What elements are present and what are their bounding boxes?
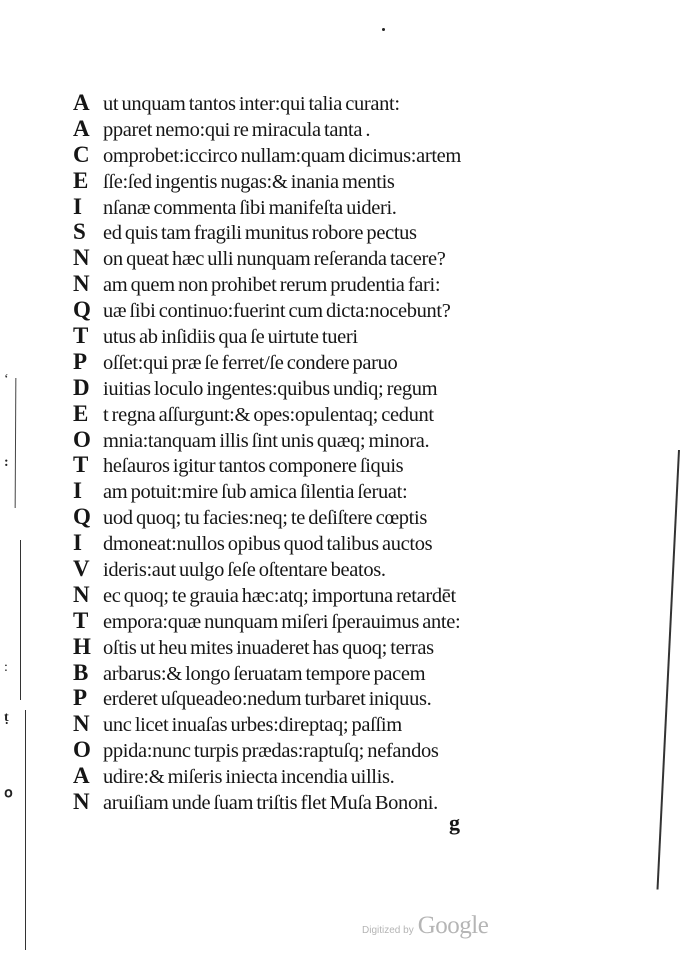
page-edge-shadow-left	[25, 710, 26, 950]
poem-line: Et regna aſſurgunt:& opes:opulentaq; ced…	[73, 401, 461, 427]
line-text: ideris:aut uulgo ſeſe oſtentare beatos.	[103, 559, 386, 582]
line-text: ſſe:ſed ingentis nugas:& inania mentis	[103, 171, 395, 194]
drop-initial: N	[73, 789, 103, 815]
line-text: arbarus:& longo ſeruatam tempore pacem	[103, 663, 425, 686]
drop-initial: I	[73, 530, 103, 556]
poem-line: Omnia:tanquam illis ſint unis quæq; mino…	[73, 427, 461, 453]
drop-initial: N	[73, 271, 103, 297]
poem-line: Barbarus:& longo ſeruatam tempore pacem	[73, 660, 461, 686]
drop-initial: C	[73, 142, 103, 168]
poem-line: Oppida:nunc turpis prædas:raptuſq; nefan…	[73, 737, 461, 763]
bleed-through-mark: ໐	[4, 785, 13, 802]
drop-initial: N	[73, 245, 103, 271]
drop-initial: O	[73, 737, 103, 763]
poem-line: Audire:& miſeris iniecta incendia uillis…	[73, 763, 461, 789]
line-text: udire:& miſeris iniecta incendia uillis.	[103, 766, 394, 789]
poem-line: Idmoneat:nullos opibus quod talibus auct…	[73, 530, 461, 556]
line-text: iuitias loculo ingentes:quibus undiq; re…	[103, 378, 437, 401]
drop-initial: N	[73, 711, 103, 737]
drop-initial: I	[73, 194, 103, 220]
bleed-through-mark: :	[4, 455, 9, 471]
line-text: erderet uſqueadeo:nedum turbaret iniquus…	[103, 688, 431, 711]
drop-initial: S	[73, 219, 103, 245]
page-edge-shadow-right	[657, 450, 680, 890]
line-text: utus ab inſidiis qua ſe uirtute tueri	[103, 326, 358, 349]
watermark-prefix: Digitized by	[362, 925, 414, 936]
drop-initial: B	[73, 660, 103, 686]
line-text: oſtis ut heu mites inuaderet has quoq; t…	[103, 637, 434, 660]
line-text: dmoneat:nullos opibus quod talibus aucto…	[103, 533, 432, 556]
line-text: omprobet:iccirco nullam:quam dicimus:art…	[103, 145, 461, 168]
drop-initial: D	[73, 375, 103, 401]
poem-text-block: Aut unquam tantos inter:qui talia curant…	[73, 90, 461, 815]
poem-line: Non queat hæc ulli nunquam reſeranda tac…	[73, 245, 461, 271]
drop-initial: H	[73, 634, 103, 660]
drop-initial: A	[73, 90, 103, 116]
poem-line: Tutus ab inſidiis qua ſe uirtute tueri	[73, 323, 461, 349]
line-text: on queat hæc ulli nunquam reſeranda tace…	[103, 248, 446, 271]
poem-line: Naruiſiam unde ſuam triſtis flet Muſa Bo…	[73, 789, 461, 815]
line-text: am quem non prohibet rerum prudentia far…	[103, 274, 440, 297]
poem-line: Inſanæ commenta ſibi manifeſta uideri.	[73, 194, 461, 220]
line-text: pparet nemo:qui re miracula tanta .	[103, 119, 370, 142]
page-edge-shadow-left	[15, 378, 17, 508]
poem-line: Theſauros igitur tantos componere ſiquis	[73, 452, 461, 478]
line-text: unc licet inuaſas urbes:direptaq; paſſim	[103, 714, 402, 737]
poem-line: Sed quis tam fragili munitus robore pect…	[73, 219, 461, 245]
poem-line: Perderet uſqueadeo:nedum turbaret iniquu…	[73, 685, 461, 711]
line-text: t regna aſſurgunt:& opes:opulentaq; cedu…	[103, 404, 434, 427]
bleed-through-mark: ṭ	[4, 710, 9, 726]
poem-line: Poſſet:qui præ ſe ferret/ſe condere paru…	[73, 349, 461, 375]
drop-initial: P	[73, 685, 103, 711]
drop-initial: V	[73, 556, 103, 582]
line-text: uod quoq; tu facies:neq; te deſiſtere cœ…	[103, 507, 427, 530]
drop-initial: P	[73, 349, 103, 375]
line-text: mnia:tanquam illis ſint unis quæq; minor…	[103, 430, 429, 453]
drop-initial: T	[73, 452, 103, 478]
line-text: am potuit:mire ſub amica ſilentia ſeruat…	[103, 481, 407, 504]
line-text: empora:quæ nunquam miſeri ſperauimus ant…	[103, 611, 460, 634]
poem-line: Nam quem non prohibet rerum prudentia fa…	[73, 271, 461, 297]
poem-line: Nec quoq; te grauia hæc:atq; importuna r…	[73, 582, 461, 608]
poem-line: Quæ ſibi continuo:fuerint cum dicta:noce…	[73, 297, 461, 323]
line-text: ut unquam tantos inter:qui talia curant:	[103, 93, 400, 116]
ink-speck	[382, 28, 385, 31]
poem-line: Quod quoq; tu facies:neq; te deſiſtere c…	[73, 504, 461, 530]
drop-initial: Q	[73, 504, 103, 530]
drop-initial: O	[73, 427, 103, 453]
line-text: nſanæ commenta ſibi manifeſta uideri.	[103, 197, 397, 220]
poem-line: Videris:aut uulgo ſeſe oſtentare beatos.	[73, 556, 461, 582]
bleed-through-mark: ʻ	[4, 372, 9, 388]
drop-initial: E	[73, 401, 103, 427]
poem-line: Diuitias loculo ingentes:quibus undiq; r…	[73, 375, 461, 401]
poem-line: Tempora:quæ nunquam miſeri ſperauimus an…	[73, 608, 461, 634]
line-text: uæ ſibi continuo:fuerint cum dicta:noceb…	[103, 300, 451, 323]
poem-line: Nunc licet inuaſas urbes:direptaq; paſſi…	[73, 711, 461, 737]
line-text: aruiſiam unde ſuam triſtis flet Muſa Bon…	[103, 792, 438, 815]
poem-line: Eſſe:ſed ingentis nugas:& inania mentis	[73, 168, 461, 194]
signature-mark: g	[449, 810, 460, 836]
line-text: ec quoq; te grauia hæc:atq; importuna re…	[103, 585, 456, 608]
drop-initial: Q	[73, 297, 103, 323]
line-text: ppida:nunc turpis prædas:raptuſq; nefand…	[103, 740, 439, 763]
drop-initial: T	[73, 608, 103, 634]
drop-initial: A	[73, 763, 103, 789]
poem-line: Hoſtis ut heu mites inuaderet has quoq; …	[73, 634, 461, 660]
digitized-by-google-watermark: Digitized by Google	[362, 912, 488, 940]
bleed-through-mark: :	[4, 660, 8, 676]
line-text: ed quis tam fragili munitus robore pectu…	[103, 222, 417, 245]
google-logo-text: Google	[418, 912, 489, 940]
poem-line: Aut unquam tantos inter:qui talia curant…	[73, 90, 461, 116]
drop-initial: I	[73, 478, 103, 504]
line-text: oſſet:qui præ ſe ferret/ſe condere paruo	[103, 352, 397, 375]
poem-line: Apparet nemo:qui re miracula tanta .	[73, 116, 461, 142]
drop-initial: N	[73, 582, 103, 608]
poem-line: Iam potuit:mire ſub amica ſilentia ſerua…	[73, 478, 461, 504]
drop-initial: T	[73, 323, 103, 349]
line-text: heſauros igitur tantos componere ſiquis	[103, 455, 403, 478]
drop-initial: A	[73, 116, 103, 142]
page-edge-shadow-left	[20, 540, 21, 700]
drop-initial: E	[73, 168, 103, 194]
poem-line: Comprobet:iccirco nullam:quam dicimus:ar…	[73, 142, 461, 168]
